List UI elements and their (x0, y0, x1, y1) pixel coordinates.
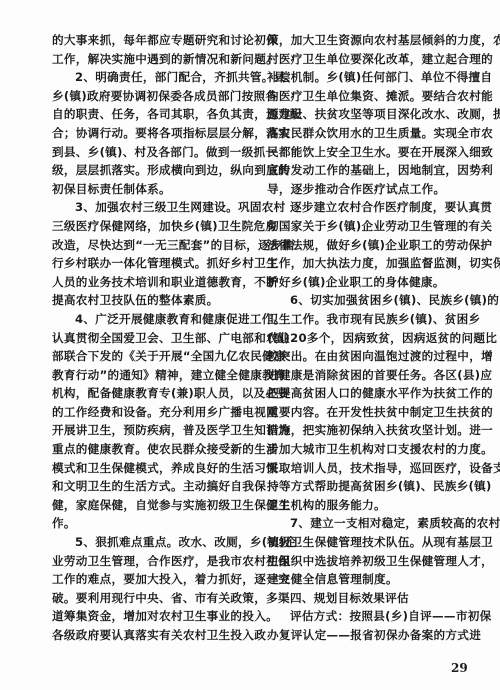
text-line: 5、狠抓难点重点。改水、改厕，乡(镇)企 (52, 533, 258, 552)
text-line: 部联合下发的《关于开展“全国九亿农民健康 (52, 347, 258, 366)
text-line: 开展讲卫生，预防疾病，普及医学卫生知识为 (52, 421, 258, 440)
text-line: 2、明确责任，部门配合，齐抓共管。县、 (52, 68, 258, 87)
text-line: 乡(镇)政府要协调初保委各成员部门按照各 (52, 87, 258, 106)
text-line: 法律法规，做好乡(镇)企业职工的劳动保护 (267, 236, 473, 255)
text-line: 机构，配备健康教育专(兼)职人员，以及必要 (52, 384, 258, 403)
text-line: 教育行动”的通知》精神，建立健全健康教育 (52, 366, 258, 385)
text-line: 6、切实加强贫困乡(镇)、民族乡(镇)的 (267, 291, 473, 310)
text-line: 卫生工作。我市现有民族乡(镇)、贫困乡 (267, 310, 473, 329)
text-line: 行乡村联办一体化管理模式。抓好乡村卫生 (52, 254, 258, 273)
text-line: 逐步建立农村合作医疗制度，要认真贯 (267, 198, 473, 217)
text-line: 护好乡(镇)企业职工的身体健康。 (267, 273, 473, 292)
text-line: 3、加强农村三级卫生网建设。巩固农村 (52, 198, 258, 217)
text-line: 补偿机制。乡(镇)任何部门、单位不得擅自 (267, 68, 473, 87)
text-line: 自的职责、任务，各司其职，各负其责，通力配 (52, 105, 258, 124)
text-line: 措施，把实施初保纳入扶贫攻坚计划。进一 (267, 421, 473, 440)
text-line: 把提高贫困人口的健康水平作为扶贫工作的 (267, 384, 473, 403)
text-line: 级，层层抓落实。形成横向到边，纵向到底的 (52, 161, 258, 180)
document-page: 的大事来抓，每年都应专题研究和讨论初保工作，解决实施中遇到的新情况和新问题。2、… (0, 0, 500, 690)
right-column: 策，加大卫生资源向农村基层倾斜的力度，农村医疗卫生单位要深化改革，建立起合理的补… (267, 31, 473, 645)
text-line: 的工作经费和设备。充分利用乡广播电视网 (52, 403, 258, 422)
text-line: 导，逐步推动合作医疗试点工作。 (267, 180, 473, 199)
text-line: 工作的难点，要加大投入，着力抓好，逐一突 (52, 570, 258, 589)
text-line: 重点的健康教育。使农民群众接受新的生活 (52, 440, 258, 459)
text-line: 步加大城市卫生机构对口支援农村的力度。 (267, 440, 473, 459)
text-line: 的大事来抓，每年都应专题研究和讨论初保 (52, 31, 258, 50)
text-line: 初保目标责任制体系。 (52, 180, 258, 199)
text-line: 工作，加大执法力度，加强监督监测，切实保 (267, 254, 473, 273)
text-line: 持等方式帮助提高贫困乡(镇)、民族乡(镇) (267, 477, 473, 496)
text-line: 7、建立一支相对稳定，素质较高的农村 (267, 514, 473, 533)
text-line: 向医疗卫生单位集资、摊派。要结合农村能 (267, 87, 473, 106)
text-line: 三级医疗保健网络，加快乡(镇)卫生院危房 (52, 217, 258, 236)
text-line: 模式和卫生保健模式，养成良好的生活习惯 (52, 459, 258, 478)
text-line: 工作，解决实施中遇到的新情况和新问题。 (52, 50, 258, 69)
text-line: 4、广泛开展健康教育和健康促进工作。 (52, 310, 258, 329)
text-line: 卫生机构的服务能力。 (267, 496, 473, 515)
text-line: 各级政府要认真落实有关农村卫生投入政 (52, 626, 258, 645)
text-line: 采取培训人员，技术指导，巡回医疗，设备支 (267, 459, 473, 478)
text-line: 道筹集资金，增加对农村卫生事业的投入。 (52, 607, 258, 626)
text-line: 进健康是消除贫困的首要任务。各区(县)应 (267, 366, 473, 385)
text-line: 到县、乡(镇)、村及各部门。做到一级抓一 (52, 143, 258, 162)
text-line: 健，家庭保健，自觉参与实施初级卫生保健工 (52, 496, 258, 515)
text-line: 提高农村卫技队伍的整体素质。 (52, 291, 258, 310)
text-line: 作。 (52, 514, 258, 533)
text-line: 宣传发动工作的基础上，因地制宜，因势利 (267, 161, 473, 180)
text-line: 改造，尽快达到“一无三配套”的目标，逐步推 (52, 236, 258, 255)
text-line: 建立健全信息管理制度。 (267, 570, 473, 589)
text-line: 合；协调行动。要将各项指标层层分解，落实 (52, 124, 258, 143)
text-line: (镇)20多个，因病致贫，因病返贫的问题比 (267, 329, 473, 348)
text-line: 业劳动卫生管理，合作医疗，是我市农村初保 (52, 552, 258, 571)
section-heading: 四、规划目标效果评估 (267, 589, 473, 608)
text-line: 源建设、扶贫攻坚等项目深化改水、改厕，提 (267, 105, 473, 124)
text-line: 较突出。在由贫困向温饱过渡的过程中，增 (267, 347, 473, 366)
text-line: 重要内容。在开发性扶贫中制定卫生扶贫的 (267, 403, 473, 422)
text-line: 认真贯彻全国爱卫会、卫生部、广电部和农业 (52, 329, 258, 348)
text-line: 评估方式：按照县(乡)自评——市初保 (267, 607, 473, 626)
text-line: 生组织中选拔培养初级卫生保健管理人才， (267, 552, 473, 571)
text-line: 民都能饮上安全卫生水。要在开展深入细致 (267, 143, 473, 162)
text-line: 人员的业务技术培训和职业道德教育，不断 (52, 273, 258, 292)
text-line: 办复评认定——报省初保办备案的方式进 (267, 626, 473, 645)
text-line: 初级卫生保健管理技术队伍。从现有基层卫 (267, 533, 473, 552)
text-line: 村医疗卫生单位要深化改革，建立起合理的 (267, 50, 473, 69)
text-line: 和文明卫生的生活方式。主动搞好自我保 (52, 477, 258, 496)
text-line: 策，加大卫生资源向农村基层倾斜的力度，农 (267, 31, 473, 50)
left-column: 的大事来抓，每年都应专题研究和讨论初保工作，解决实施中遇到的新情况和新问题。2、… (52, 31, 258, 645)
text-line: 彻国家关于乡(镇)企业劳动卫生管理的有关 (267, 217, 473, 236)
page-number: 29 (451, 661, 468, 675)
text-line: 破。要利用现行中央、省、市有关政策，多渠 (52, 589, 258, 608)
text-line: 高农民群众饮用水的卫生质量。实现全市农 (267, 124, 473, 143)
